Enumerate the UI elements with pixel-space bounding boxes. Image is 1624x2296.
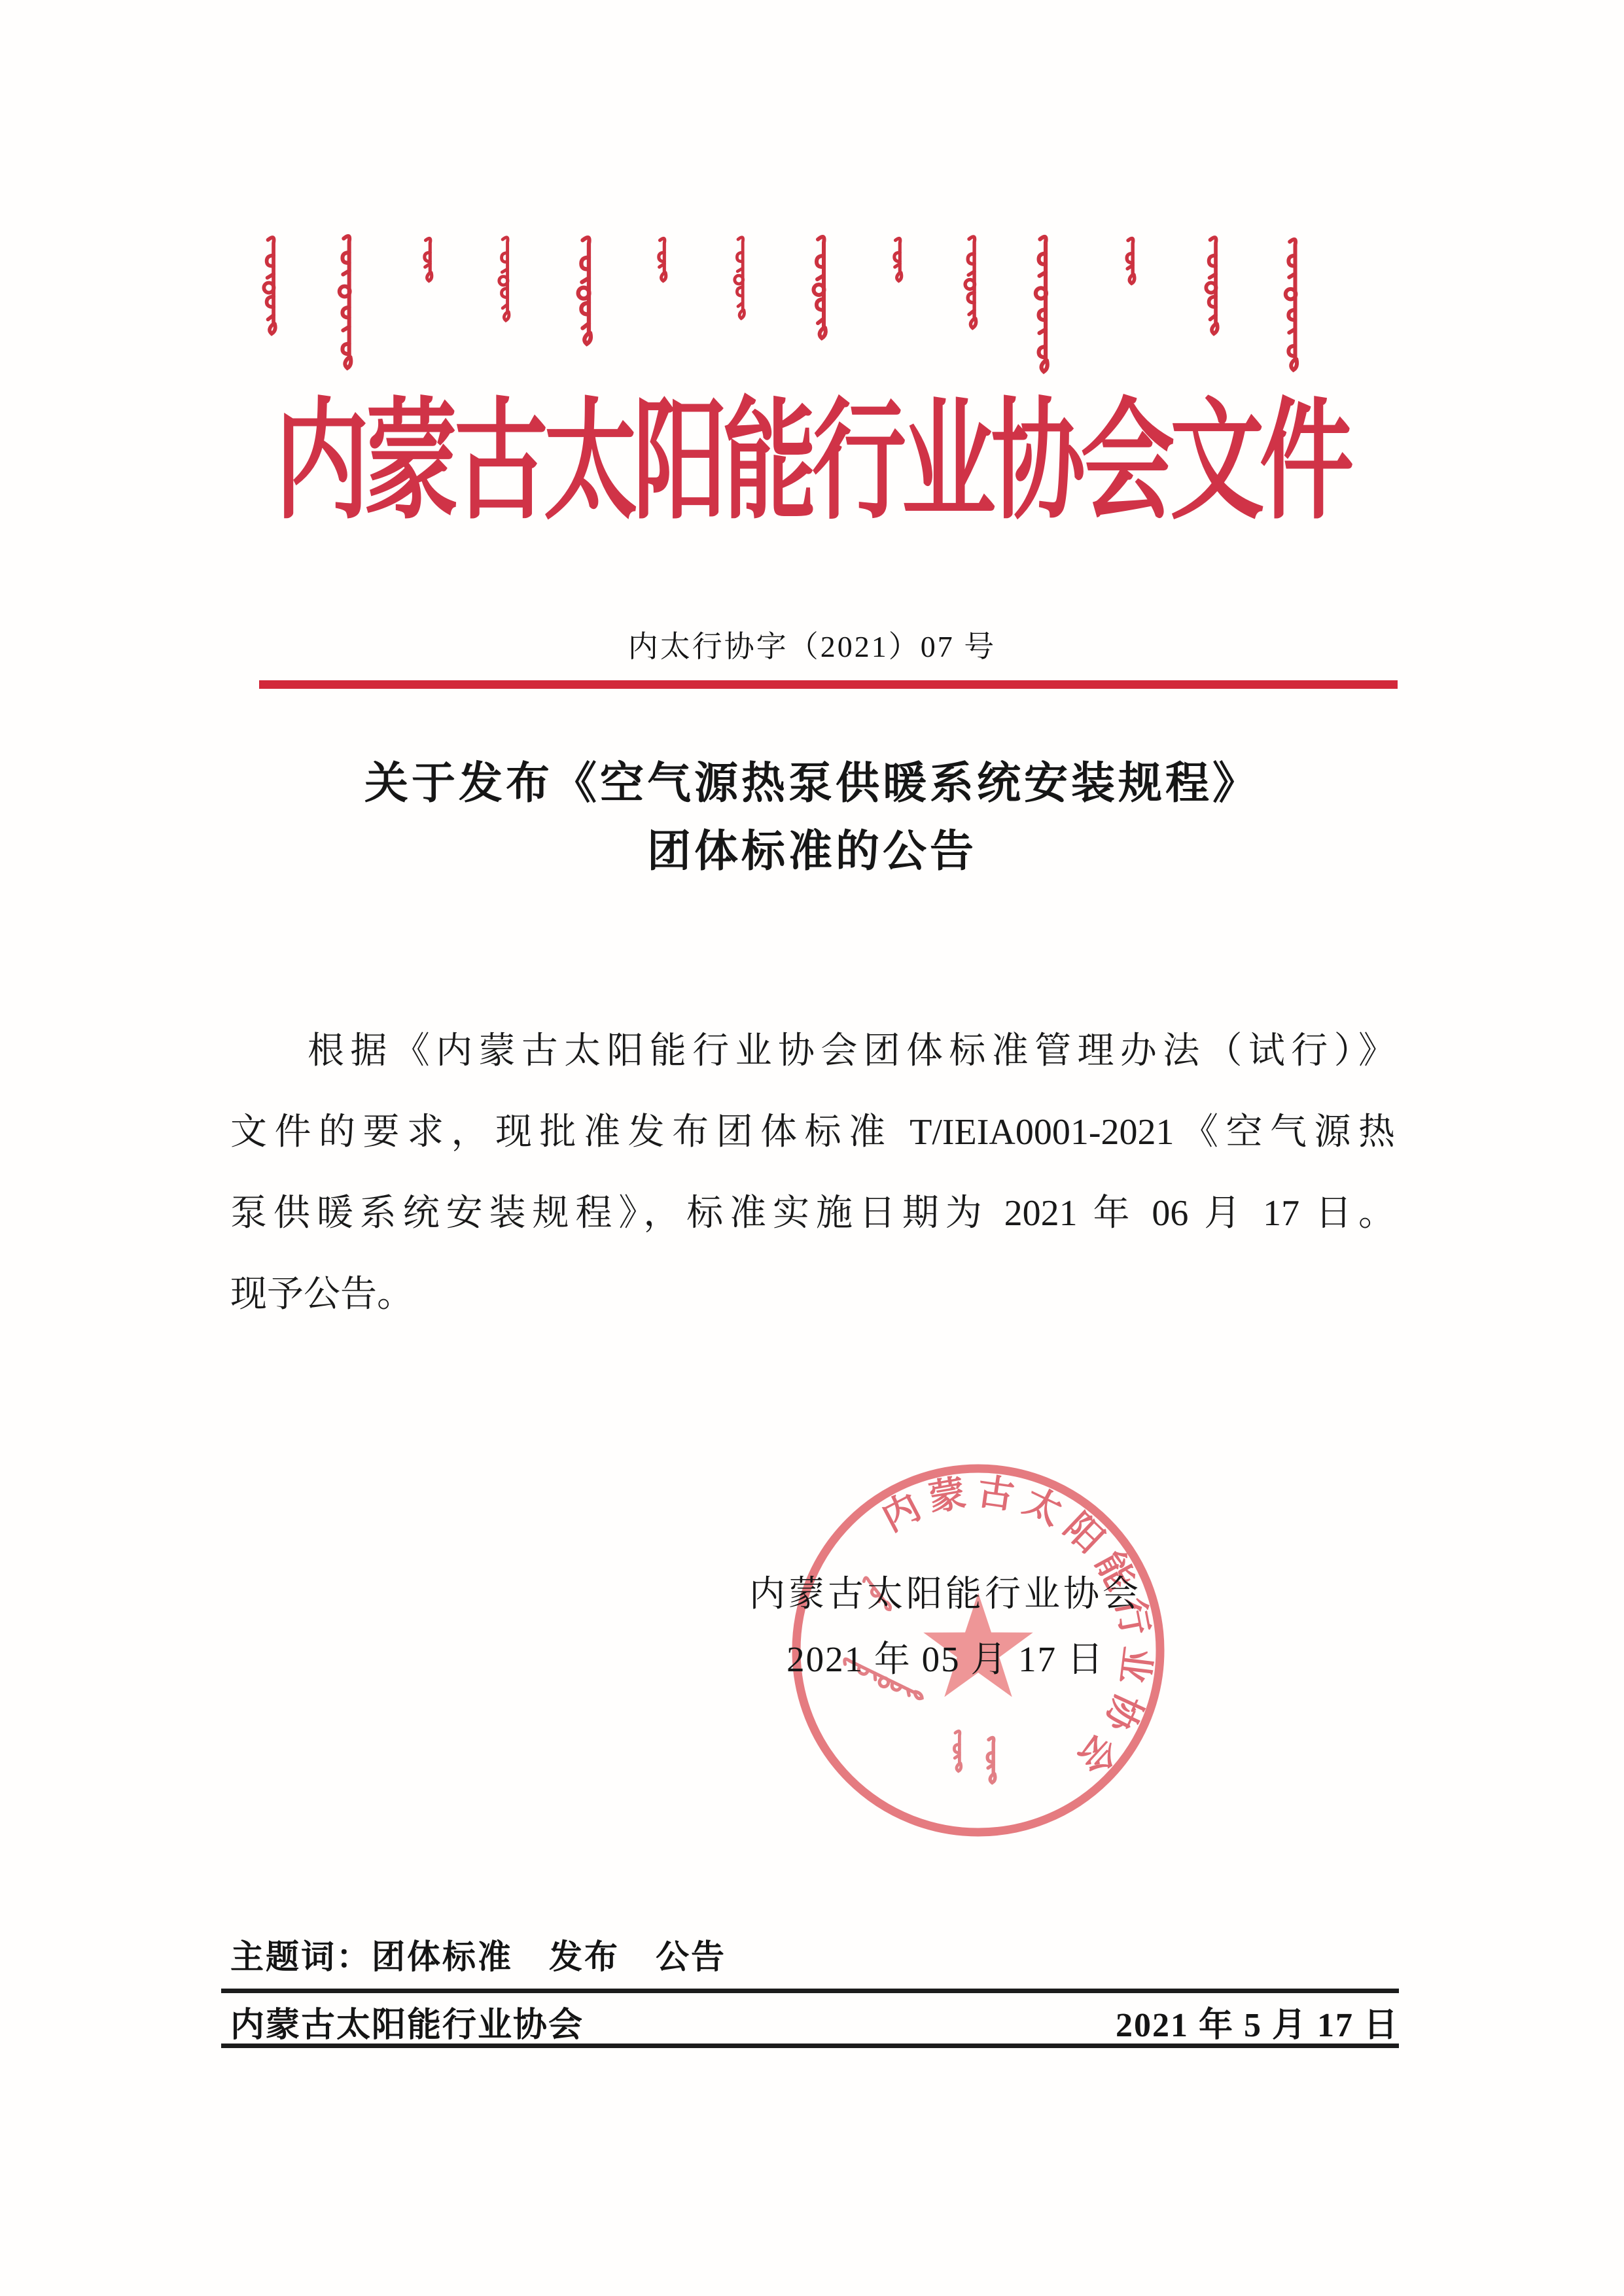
seal-arc-text: 内蒙古太阳能行业协会 xyxy=(876,1472,1157,1787)
divider-line-top xyxy=(221,1989,1399,1993)
body-line: 文件的要求，现批准发布团体标准 T/IEIA0001-2021《空气源热 xyxy=(230,1092,1395,1173)
notice-title: 关于发布《空气源热泵供暖系统安装规程》 团体标准的公告 xyxy=(0,750,1624,886)
document-page: 内蒙古太阳能行业协会文件 内太行协字（2021）07 号 关于发布《空气源热泵供… xyxy=(0,0,1624,2296)
signature-org: 内蒙古太阳能行业协会 xyxy=(710,1565,1181,1616)
keywords-line: 主题词：团体标准发布公告 xyxy=(230,1930,726,1978)
keyword: 公告 xyxy=(656,1939,726,1976)
red-divider-line xyxy=(259,680,1398,689)
mongolian-script-columns xyxy=(256,234,1369,388)
body-line: 泵供暖系统安装规程》，标准实施日期为 2021 年 06 月 17 日。 xyxy=(230,1173,1395,1254)
doc-number: 内太行协字（2021）07 号 xyxy=(0,623,1624,666)
seal-mongolian-script xyxy=(987,1737,995,1783)
divider-line-bottom xyxy=(221,2044,1399,2048)
body-paragraph: 根据《内蒙古太阳能行业协会团体标准管理办法（试行）》 文件的要求，现批准发布团体… xyxy=(230,1011,1395,1335)
seal-mongolian-script xyxy=(954,1731,961,1771)
body-line: 根据《内蒙古太阳能行业协会团体标准管理办法（试行）》 xyxy=(230,1011,1395,1092)
keyword: 团体标准 xyxy=(372,1939,513,1976)
svg-text:内蒙古太阳能行业协会: 内蒙古太阳能行业协会 xyxy=(876,1472,1157,1787)
keyword: 发布 xyxy=(549,1939,620,1976)
keywords-label: 主题词： xyxy=(230,1939,372,1976)
body-line: 现予公告。 xyxy=(230,1254,1395,1335)
footer-date: 2021 年 5 月 17 日 xyxy=(1116,1997,1399,2046)
notice-title-line1: 关于发布《空气源热泵供暖系统安装规程》 xyxy=(0,750,1624,818)
signature-date: 2021 年 05 月 17 日 xyxy=(710,1630,1181,1682)
notice-title-line2: 团体标准的公告 xyxy=(0,818,1624,886)
footer-org: 内蒙古太阳能行业协会 xyxy=(230,1997,584,2046)
mongolian-script-header xyxy=(256,234,1369,388)
org-title-banner: 内蒙古太阳能行业协会文件 xyxy=(227,383,1396,543)
